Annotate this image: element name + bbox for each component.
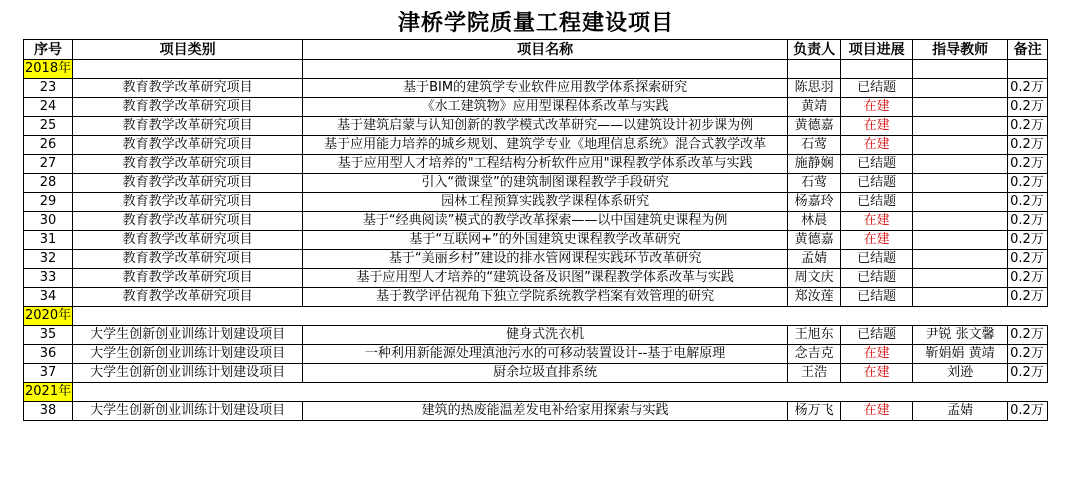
row-advisor	[913, 288, 1008, 307]
table-row: 24教育教学改革研究项目《水工建筑物》应用型课程体系改革与实践黄靖在建0.2万	[24, 98, 1048, 117]
year-row-empty-cell	[913, 60, 1008, 79]
row-project-name: 健身式洗衣机	[303, 326, 788, 345]
table-row: 33教育教学改革研究项目基于应用型人才培养的“建筑设备及识图”课程教学体系改革与…	[24, 269, 1048, 288]
header-status: 项目进展	[841, 40, 913, 60]
year-row-empty-cell	[73, 60, 303, 79]
row-advisor: 尹锐 张文馨	[913, 326, 1008, 345]
table-row: 31教育教学改革研究项目基于“互联网+”的外国建筑史课程教学改革研究黄德嘉在建0…	[24, 231, 1048, 250]
row-category: 大学生创新创业训练计划建设项目	[73, 345, 303, 364]
row-advisor	[913, 231, 1008, 250]
row-status: 已结题	[841, 250, 913, 269]
row-advisor	[913, 250, 1008, 269]
row-category: 教育教学改革研究项目	[73, 174, 303, 193]
row-category: 教育教学改革研究项目	[73, 79, 303, 98]
row-status: 已结题	[841, 174, 913, 193]
row-note: 0.2万	[1008, 155, 1048, 174]
row-category: 教育教学改革研究项目	[73, 250, 303, 269]
row-category: 大学生创新创业训练计划建设项目	[73, 364, 303, 383]
row-note: 0.2万	[1008, 117, 1048, 136]
row-leader: 林晨	[788, 212, 841, 231]
year-row-empty-cell	[788, 60, 841, 79]
table-row: 28教育教学改革研究项目引入“微课堂”的建筑制图课程教学手段研究石莺已结题0.2…	[24, 174, 1048, 193]
row-category: 教育教学改革研究项目	[73, 136, 303, 155]
row-status: 已结题	[841, 269, 913, 288]
row-project-name: 《水工建筑物》应用型课程体系改革与实践	[303, 98, 788, 117]
row-status: 在建	[841, 136, 913, 155]
year-row-empty-cell	[303, 307, 788, 326]
header-row: 序号 项目类别 项目名称 负责人 项目进展 指导教师 备注	[24, 40, 1048, 60]
row-leader: 王旭东	[788, 326, 841, 345]
row-advisor	[913, 117, 1008, 136]
row-number: 28	[24, 174, 73, 193]
row-status: 在建	[841, 231, 913, 250]
row-status: 在建	[841, 364, 913, 383]
row-status: 在建	[841, 117, 913, 136]
row-advisor	[913, 98, 1008, 117]
row-leader: 施静娴	[788, 155, 841, 174]
year-row-empty-cell	[841, 60, 913, 79]
header-leader: 负责人	[788, 40, 841, 60]
table-row: 23教育教学改革研究项目基于BIM的建筑学专业软件应用教学体系探索研究陈思羽已结…	[24, 79, 1048, 98]
row-advisor	[913, 136, 1008, 155]
year-row-empty-cell	[73, 383, 303, 402]
row-advisor: 刘逊	[913, 364, 1008, 383]
row-note: 0.2万	[1008, 136, 1048, 155]
row-project-name: 基于应用型人才培养的"工程结构分析软件应用"课程教学体系改革与实践	[303, 155, 788, 174]
year-group-row: 2020年	[24, 307, 1048, 326]
row-advisor	[913, 79, 1008, 98]
row-category: 教育教学改革研究项目	[73, 269, 303, 288]
year-row-empty-cell	[841, 307, 913, 326]
row-note: 0.2万	[1008, 98, 1048, 117]
header-no: 序号	[24, 40, 73, 60]
row-project-name: 基于BIM的建筑学专业软件应用教学体系探索研究	[303, 79, 788, 98]
row-note: 0.2万	[1008, 364, 1048, 383]
year-row-empty-cell	[788, 383, 841, 402]
row-category: 教育教学改革研究项目	[73, 193, 303, 212]
table-row: 32教育教学改革研究项目基于“美丽乡村”建设的排水管网课程实践环节改革研究孟婧已…	[24, 250, 1048, 269]
row-status: 已结题	[841, 288, 913, 307]
row-project-name: 基于应用能力培养的城乡规划、建筑学专业《地理信息系统》混合式教学改革	[303, 136, 788, 155]
row-number: 30	[24, 212, 73, 231]
row-project-name: 引入“微课堂”的建筑制图课程教学手段研究	[303, 174, 788, 193]
row-note: 0.2万	[1008, 79, 1048, 98]
row-number: 35	[24, 326, 73, 345]
page-title: 津桥学院质量工程建设项目	[0, 8, 1072, 38]
row-category: 大学生创新创业训练计划建设项目	[73, 326, 303, 345]
row-project-name: 厨余垃圾直排系统	[303, 364, 788, 383]
row-number: 25	[24, 117, 73, 136]
row-number: 27	[24, 155, 73, 174]
row-advisor	[913, 174, 1008, 193]
year-row-empty-cell	[1008, 307, 1048, 326]
row-project-name: 基于“美丽乡村”建设的排水管网课程实践环节改革研究	[303, 250, 788, 269]
row-category: 教育教学改革研究项目	[73, 231, 303, 250]
header-name: 项目名称	[303, 40, 788, 60]
row-leader: 陈思羽	[788, 79, 841, 98]
row-status: 在建	[841, 345, 913, 364]
year-row-empty-cell	[913, 307, 1008, 326]
row-category: 大学生创新创业训练计划建设项目	[73, 402, 303, 421]
year-label: 2021年	[24, 383, 73, 402]
row-note: 0.2万	[1008, 326, 1048, 345]
year-group-row: 2018年	[24, 60, 1048, 79]
row-number: 32	[24, 250, 73, 269]
table-row: 30教育教学改革研究项目基于“经典阅读”模式的教学改革探索——以中国建筑史课程为…	[24, 212, 1048, 231]
row-leader: 王浩	[788, 364, 841, 383]
header-category: 项目类别	[73, 40, 303, 60]
row-status: 在建	[841, 212, 913, 231]
year-row-empty-cell	[303, 383, 788, 402]
row-project-name: 建筑的热废能温差发电补给家用探索与实践	[303, 402, 788, 421]
row-status: 已结题	[841, 193, 913, 212]
table-row: 29教育教学改革研究项目园林工程预算实践教学课程体系研究杨嘉玲已结题0.2万	[24, 193, 1048, 212]
row-category: 教育教学改革研究项目	[73, 155, 303, 174]
row-number: 36	[24, 345, 73, 364]
row-project-name: 基于教学评估视角下独立学院系统教学档案有效管理的研究	[303, 288, 788, 307]
year-row-empty-cell	[1008, 60, 1048, 79]
row-number: 24	[24, 98, 73, 117]
row-advisor: 靳娟娟 黄靖	[913, 345, 1008, 364]
table-row: 37大学生创新创业训练计划建设项目厨余垃圾直排系统王浩在建刘逊0.2万	[24, 364, 1048, 383]
row-project-name: 基于应用型人才培养的“建筑设备及识图”课程教学体系改革与实践	[303, 269, 788, 288]
row-number: 26	[24, 136, 73, 155]
table-row: 26教育教学改革研究项目基于应用能力培养的城乡规划、建筑学专业《地理信息系统》混…	[24, 136, 1048, 155]
table-row: 36大学生创新创业训练计划建设项目一种利用新能源处理滇池污水的可移动装置设计--…	[24, 345, 1048, 364]
row-number: 38	[24, 402, 73, 421]
row-leader: 黄德嘉	[788, 117, 841, 136]
row-leader: 周文庆	[788, 269, 841, 288]
row-advisor	[913, 193, 1008, 212]
year-row-empty-cell	[303, 60, 788, 79]
header-note: 备注	[1008, 40, 1048, 60]
row-status: 已结题	[841, 155, 913, 174]
year-label: 2020年	[24, 307, 73, 326]
table-row: 38大学生创新创业训练计划建设项目建筑的热废能温差发电补给家用探索与实践杨万飞在…	[24, 402, 1048, 421]
year-row-empty-cell	[73, 307, 303, 326]
year-row-empty-cell	[1008, 383, 1048, 402]
row-number: 34	[24, 288, 73, 307]
row-number: 23	[24, 79, 73, 98]
row-advisor	[913, 212, 1008, 231]
row-leader: 石莺	[788, 174, 841, 193]
table-row: 34教育教学改革研究项目基于教学评估视角下独立学院系统教学档案有效管理的研究郑汝…	[24, 288, 1048, 307]
header-advisor: 指导教师	[913, 40, 1008, 60]
row-leader: 石莺	[788, 136, 841, 155]
row-leader: 孟婧	[788, 250, 841, 269]
row-note: 0.2万	[1008, 174, 1048, 193]
row-number: 37	[24, 364, 73, 383]
row-advisor	[913, 269, 1008, 288]
row-category: 教育教学改革研究项目	[73, 212, 303, 231]
row-status: 在建	[841, 402, 913, 421]
row-leader: 郑汝莲	[788, 288, 841, 307]
row-note: 0.2万	[1008, 250, 1048, 269]
year-row-empty-cell	[913, 383, 1008, 402]
year-label: 2018年	[24, 60, 73, 79]
row-leader: 杨万飞	[788, 402, 841, 421]
row-note: 0.2万	[1008, 193, 1048, 212]
row-project-name: 基于“互联网+”的外国建筑史课程教学改革研究	[303, 231, 788, 250]
table-row: 35大学生创新创业训练计划建设项目健身式洗衣机王旭东已结题尹锐 张文馨0.2万	[24, 326, 1048, 345]
row-note: 0.2万	[1008, 288, 1048, 307]
year-row-empty-cell	[841, 383, 913, 402]
row-note: 0.2万	[1008, 402, 1048, 421]
row-category: 教育教学改革研究项目	[73, 98, 303, 117]
row-status: 已结题	[841, 326, 913, 345]
row-project-name: 园林工程预算实践教学课程体系研究	[303, 193, 788, 212]
row-number: 31	[24, 231, 73, 250]
row-status: 已结题	[841, 79, 913, 98]
row-number: 29	[24, 193, 73, 212]
table-row: 25教育教学改革研究项目基于建筑启蒙与认知创新的教学模式改革研究——以建筑设计初…	[24, 117, 1048, 136]
row-number: 33	[24, 269, 73, 288]
row-note: 0.2万	[1008, 212, 1048, 231]
row-project-name: 基于“经典阅读”模式的教学改革探索——以中国建筑史课程为例	[303, 212, 788, 231]
projects-table: 序号 项目类别 项目名称 负责人 项目进展 指导教师 备注 2018年23教育教…	[23, 39, 1048, 421]
row-leader: 黄靖	[788, 98, 841, 117]
row-project-name: 一种利用新能源处理滇池污水的可移动装置设计--基于电解原理	[303, 345, 788, 364]
row-leader: 黄德嘉	[788, 231, 841, 250]
row-note: 0.2万	[1008, 269, 1048, 288]
row-note: 0.2万	[1008, 345, 1048, 364]
row-advisor	[913, 155, 1008, 174]
row-leader: 杨嘉玲	[788, 193, 841, 212]
row-project-name: 基于建筑启蒙与认知创新的教学模式改革研究——以建筑设计初步课为例	[303, 117, 788, 136]
row-note: 0.2万	[1008, 231, 1048, 250]
row-advisor: 孟婧	[913, 402, 1008, 421]
row-category: 教育教学改革研究项目	[73, 117, 303, 136]
year-row-empty-cell	[788, 307, 841, 326]
table-row: 27教育教学改革研究项目基于应用型人才培养的"工程结构分析软件应用"课程教学体系…	[24, 155, 1048, 174]
year-group-row: 2021年	[24, 383, 1048, 402]
row-status: 在建	[841, 98, 913, 117]
row-leader: 念吉克	[788, 345, 841, 364]
row-category: 教育教学改革研究项目	[73, 288, 303, 307]
